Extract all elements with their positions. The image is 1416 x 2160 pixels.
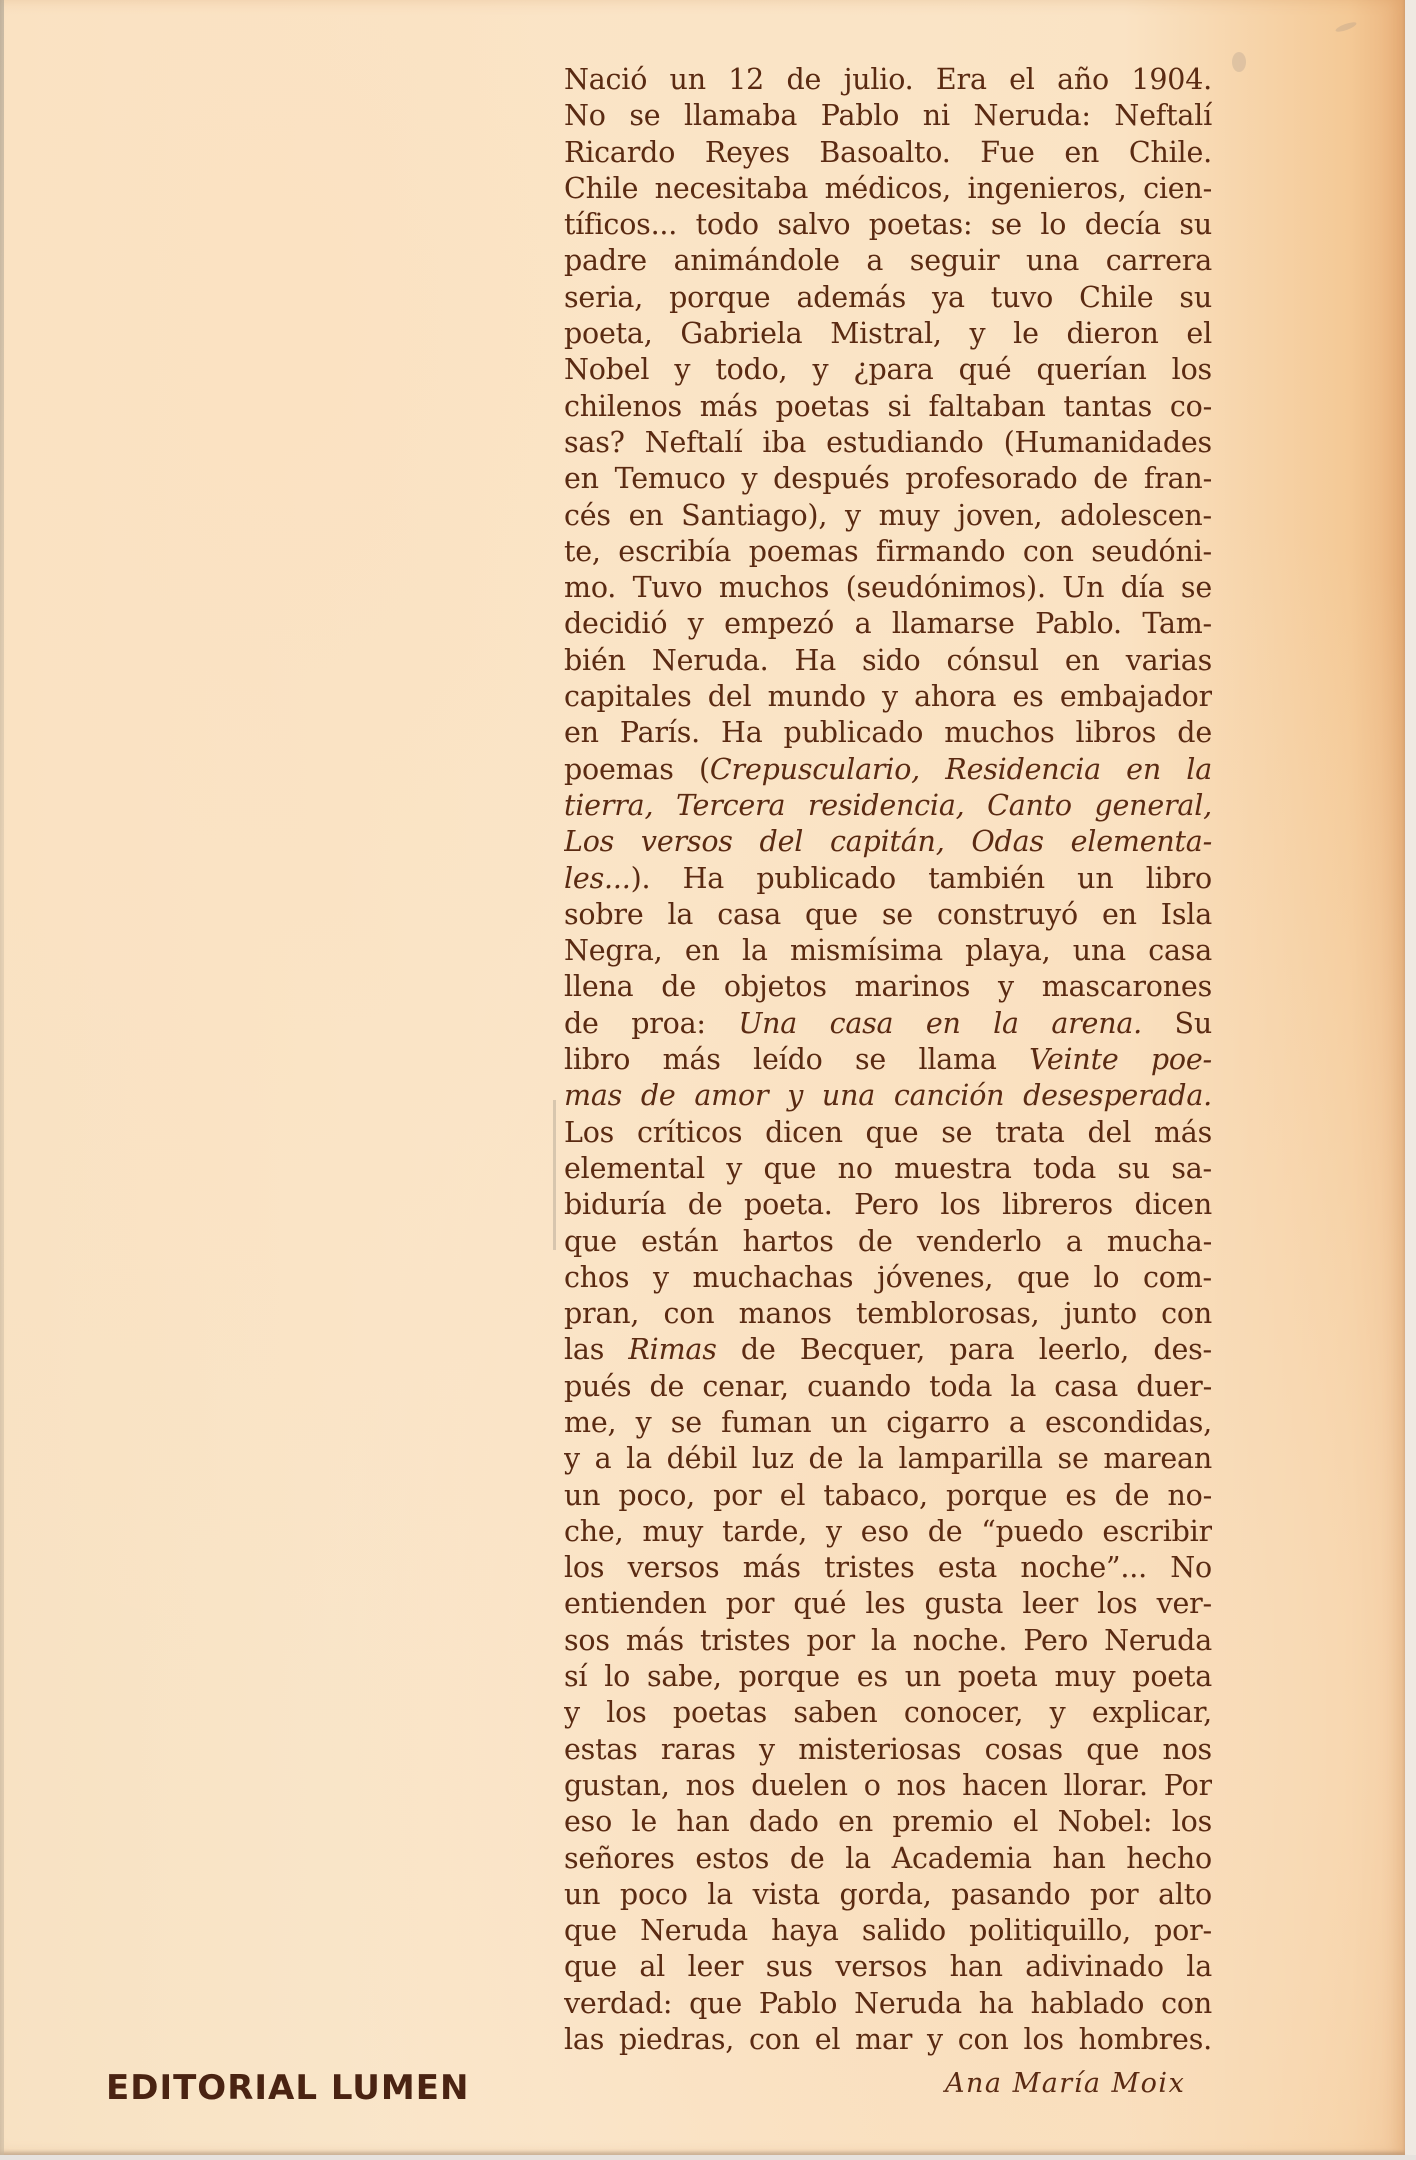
blurb-line: pués de cenar, cuando toda la casa duer- [564, 1369, 1212, 1405]
text-run: ). Ha publicado también un libro [631, 862, 1212, 895]
text-run: y los poetas saben conocer, y explicar, [564, 1696, 1212, 1729]
blurb-line: capitales del mundo y ahora es embajador [564, 679, 1212, 715]
book-title-italic: Los versos del capitán, Odas elementa- [564, 825, 1212, 858]
paper-stain [1232, 52, 1246, 72]
text-run: las piedras, con el mar y con los hombre… [564, 2023, 1212, 2056]
blurb-line: seria, porque además ya tuvo Chile su [564, 280, 1212, 316]
blurb-line: llena de objetos marinos y mascarones [564, 969, 1212, 1005]
text-run: elemental y que no muestra toda su sa- [564, 1152, 1212, 1185]
text-run: sos más tristes por la noche. Pero Nerud… [564, 1624, 1212, 1657]
blurb-line: me, y se fuman un cigarro a escondidas, [564, 1405, 1212, 1441]
text-run: chilenos más poetas si faltaban tantas c… [564, 390, 1212, 423]
text-run: poemas ( [564, 753, 710, 786]
blurb-line: che, muy tarde, y eso de “puedo escribir [564, 1514, 1212, 1550]
text-run: chos y muchachas jóvenes, que lo com- [564, 1261, 1212, 1294]
blurb-text: Nació un 12 de julio. Era el año 1904.No… [564, 62, 1212, 2058]
text-run: me, y se fuman un cigarro a escondidas, [564, 1406, 1212, 1439]
blurb-line: los versos más tristes esta noche”... No [564, 1550, 1212, 1586]
text-run: No se llamaba Pablo ni Neruda: Neftalí [564, 99, 1212, 132]
text-run: capitales del mundo y ahora es embajador [564, 680, 1212, 713]
text-run: verdad: que Pablo Neruda ha hablado con [564, 1987, 1212, 2020]
blurb-line: estas raras y misteriosas cosas que nos [564, 1732, 1212, 1768]
blurb-line: tierra, Tercera residencia, Canto genera… [564, 788, 1212, 824]
text-run: Nobel y todo, y ¿para qué querían los [564, 353, 1212, 386]
book-title-italic: les... [564, 862, 631, 895]
text-run: seria, porque además ya tuvo Chile su [564, 281, 1212, 314]
author-signature: Ana María Moix [945, 2068, 1185, 2099]
text-run: en París. Ha publicado muchos libros de [564, 716, 1212, 749]
text-run: Ricardo Reyes Basoalto. Fue en Chile. [564, 136, 1212, 169]
book-back-cover: Nació un 12 de julio. Era el año 1904.No… [0, 0, 1405, 2155]
blurb-line: un poco la vista gorda, pasando por alto [564, 1877, 1212, 1913]
blurb-line: chos y muchachas jóvenes, que lo com- [564, 1260, 1212, 1296]
blurb-line: cés en Santiago), y muy joven, adolescen… [564, 498, 1212, 534]
blurb-line: Negra, en la mismísima playa, una casa [564, 933, 1212, 969]
paper-crease [553, 1100, 556, 1250]
text-run: en Temuco y después profesorado de fran- [564, 462, 1212, 495]
blurb-line: las Rimas de Becquer, para leerlo, des- [564, 1332, 1212, 1368]
blurb-line: Los versos del capitán, Odas elementa- [564, 824, 1212, 860]
blurb-line: padre animándole a seguir una carrera [564, 243, 1212, 279]
book-title-italic: Veinte poe- [1029, 1043, 1212, 1076]
text-run: tíficos... todo salvo poetas: se lo decí… [564, 208, 1212, 241]
scan-margin-right [1405, 0, 1416, 2160]
blurb-line: gustan, nos duelen o nos hacen llorar. P… [564, 1768, 1212, 1804]
blurb-line: eso le han dado en premio el Nobel: los [564, 1804, 1212, 1840]
text-run: y a la débil luz de la lamparilla se mar… [564, 1442, 1212, 1475]
text-run: pués de cenar, cuando toda la casa duer- [564, 1370, 1212, 1403]
text-run: que están hartos de venderlo a mucha- [564, 1225, 1212, 1258]
text-run: cés en Santiago), y muy joven, adolescen… [564, 499, 1212, 532]
text-run: un poco, por el tabaco, porque es de no- [564, 1479, 1212, 1512]
blurb-line: entienden por qué les gusta leer los ver… [564, 1586, 1212, 1622]
blurb-line: tíficos... todo salvo poetas: se lo decí… [564, 207, 1212, 243]
blurb-line: decidió y empezó a llamarse Pablo. Tam- [564, 606, 1212, 642]
blurb-line: y los poetas saben conocer, y explicar, [564, 1695, 1212, 1731]
text-run: los versos más tristes esta noche”... No [564, 1551, 1212, 1584]
text-run: sobre la casa que se construyó en Isla [564, 898, 1212, 931]
text-run: libro más leído se llama [564, 1043, 1029, 1076]
text-run: poeta, Gabriela Mistral, y le dieron el [564, 317, 1212, 350]
blurb-line: sí lo sabe, porque es un poeta muy poeta [564, 1659, 1212, 1695]
text-run: mo. Tuvo muchos (seudónimos). Un día se [564, 571, 1212, 604]
scan-margin-bottom [0, 2155, 1416, 2160]
text-run: eso le han dado en premio el Nobel: los [564, 1805, 1212, 1838]
text-run: pran, con manos temblorosas, junto con [564, 1297, 1212, 1330]
blurb-line: en París. Ha publicado muchos libros de [564, 715, 1212, 751]
text-run: sí lo sabe, porque es un poeta muy poeta [564, 1660, 1212, 1693]
blurb-line: que Neruda haya salido politiquillo, por… [564, 1913, 1212, 1949]
book-title-italic: Crepusculario, Residencia en la [710, 753, 1212, 786]
text-run: bién Neruda. Ha sido cónsul en varias [564, 644, 1212, 677]
blurb-line: verdad: que Pablo Neruda ha hablado con [564, 1986, 1212, 2022]
text-run: llena de objetos marinos y mascarones [564, 970, 1212, 1003]
blurb-line: sos más tristes por la noche. Pero Nerud… [564, 1623, 1212, 1659]
blurb-line: poemas (Crepusculario, Residencia en la [564, 752, 1212, 788]
blurb-line: señores estos de la Academia han hecho [564, 1841, 1212, 1877]
blurb-line: sas? Neftalí iba estudiando (Humanidades [564, 425, 1212, 461]
blurb-line: No se llamaba Pablo ni Neruda: Neftalí [564, 98, 1212, 134]
blurb-line: Ricardo Reyes Basoalto. Fue en Chile. [564, 135, 1212, 171]
blurb-line: que al leer sus versos han adivinado la [564, 1949, 1212, 1985]
text-run: Nació un 12 de julio. Era el año 1904. [564, 63, 1212, 96]
book-title-italic: Rimas [628, 1333, 716, 1366]
blurb-line: Nobel y todo, y ¿para qué querían los [564, 352, 1212, 388]
book-title-italic: mas de amor y una canción desesperada. [564, 1079, 1212, 1112]
blurb-line: chilenos más poetas si faltaban tantas c… [564, 389, 1212, 425]
blurb-line: te, escribía poemas firmando con seudóni… [564, 534, 1212, 570]
blurb-line: libro más leído se llama Veinte poe- [564, 1042, 1212, 1078]
blurb-line: las piedras, con el mar y con los hombre… [564, 2022, 1212, 2058]
blurb-line: y a la débil luz de la lamparilla se mar… [564, 1441, 1212, 1477]
blurb-line: sobre la casa que se construyó en Isla [564, 897, 1212, 933]
blurb-line: pran, con manos temblorosas, junto con [564, 1296, 1212, 1332]
text-run: entienden por qué les gusta leer los ver… [564, 1587, 1212, 1620]
text-run: che, muy tarde, y eso de “puedo escribir [564, 1515, 1212, 1548]
text-run: sas? Neftalí iba estudiando (Humanidades [564, 426, 1212, 459]
blurb-line: en Temuco y después profesorado de fran- [564, 461, 1212, 497]
publisher-name: EDITORIAL LUMEN [106, 2068, 469, 2108]
text-run: de Becquer, para leerlo, des- [717, 1333, 1212, 1366]
text-run: señores estos de la Academia han hecho [564, 1842, 1212, 1875]
text-run: de proa: [564, 1007, 738, 1040]
text-run: Chile necesitaba médicos, ingenieros, ci… [564, 172, 1212, 205]
cover-left-edge [0, 0, 4, 2155]
text-run: las [564, 1333, 628, 1366]
paper-stain [1335, 20, 1358, 33]
text-run: te, escribía poemas firmando con seudóni… [564, 535, 1212, 568]
text-run: padre animándole a seguir una carrera [564, 244, 1212, 277]
blurb-line: bién Neruda. Ha sido cónsul en varias [564, 643, 1212, 679]
text-run: gustan, nos duelen o nos hacen llorar. P… [564, 1769, 1212, 1802]
blurb-line: un poco, por el tabaco, porque es de no- [564, 1478, 1212, 1514]
blurb-line: Chile necesitaba médicos, ingenieros, ci… [564, 171, 1212, 207]
blurb-line: les...). Ha publicado también un libro [564, 861, 1212, 897]
text-run: Su [1142, 1007, 1212, 1040]
text-run: estas raras y misteriosas cosas que nos [564, 1733, 1212, 1766]
text-run: que al leer sus versos han adivinado la [564, 1950, 1212, 1983]
blurb-line: que están hartos de venderlo a mucha- [564, 1224, 1212, 1260]
text-run: Negra, en la mismísima playa, una casa [564, 934, 1212, 967]
blurb-line: de proa: Una casa en la arena. Su [564, 1006, 1212, 1042]
blurb-line: biduría de poeta. Pero los libreros dice… [564, 1187, 1212, 1223]
text-run: Los críticos dicen que se trata del más [564, 1116, 1212, 1149]
book-title-italic: Una casa en la arena. [738, 1007, 1142, 1040]
blurb-line: poeta, Gabriela Mistral, y le dieron el [564, 316, 1212, 352]
book-title-italic: tierra, Tercera residencia, Canto genera… [564, 789, 1212, 822]
text-run: que Neruda haya salido politiquillo, por… [564, 1914, 1212, 1947]
text-run: decidió y empezó a llamarse Pablo. Tam- [564, 607, 1212, 640]
blurb-line: elemental y que no muestra toda su sa- [564, 1151, 1212, 1187]
blurb-line: Nació un 12 de julio. Era el año 1904. [564, 62, 1212, 98]
blurb-line: mas de amor y una canción desesperada. [564, 1078, 1212, 1114]
text-run: un poco la vista gorda, pasando por alto [564, 1878, 1212, 1911]
text-run: biduría de poeta. Pero los libreros dice… [564, 1188, 1212, 1221]
blurb-line: mo. Tuvo muchos (seudónimos). Un día se [564, 570, 1212, 606]
blurb-line: Los críticos dicen que se trata del más [564, 1115, 1212, 1151]
